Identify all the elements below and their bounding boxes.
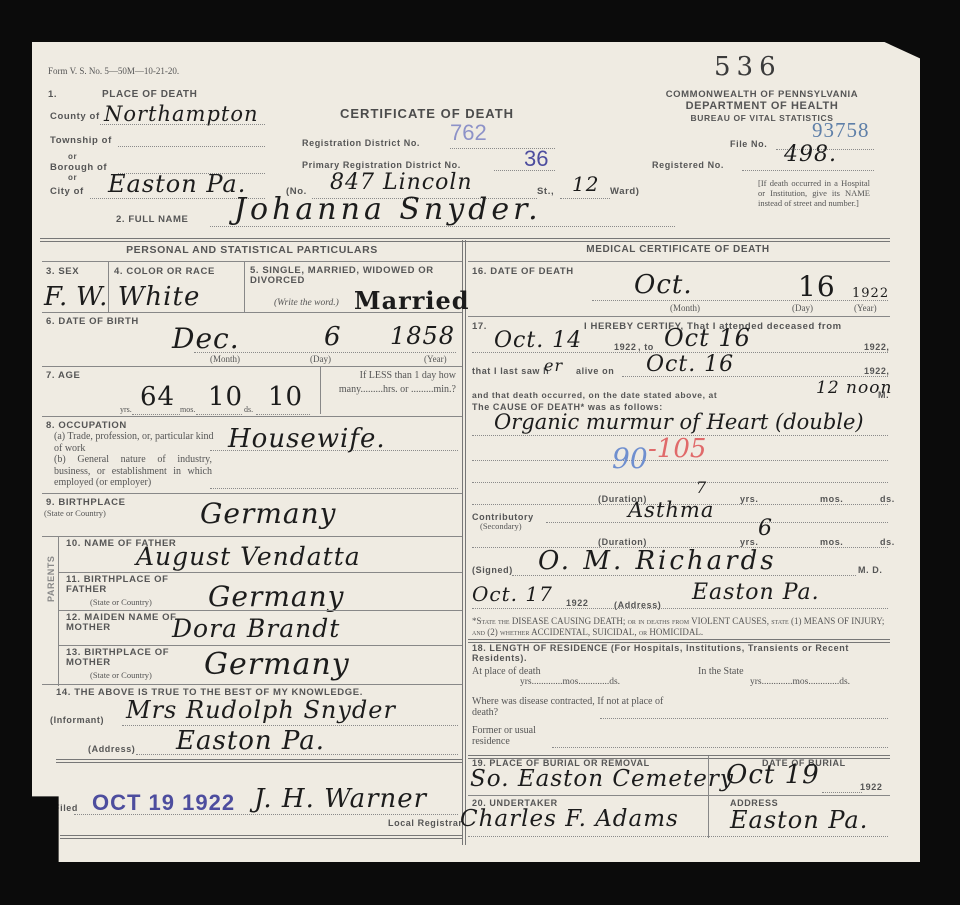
attended-to[interactable]: Oct 16 <box>664 324 751 352</box>
mother-maiden-value[interactable]: Dora Brandt <box>172 614 340 643</box>
undertaker-value[interactable]: Charles F. Adams <box>460 806 679 832</box>
occupation-label: 8. OCCUPATION <box>46 420 127 431</box>
burial-date-value[interactable]: Oct 19 <box>726 760 820 790</box>
mother-maiden-label: 12. MAIDEN NAME OF MOTHER <box>66 613 181 633</box>
dod-day[interactable]: 16 <box>798 270 836 303</box>
physician-signature[interactable]: O. M. Richards <box>538 546 777 576</box>
dod-month[interactable]: Oct. <box>634 270 693 300</box>
dob-day[interactable]: 6 <box>324 322 342 352</box>
undertaker-address-value[interactable]: Easton Pa. <box>730 806 868 834</box>
age-years[interactable]: 64 <box>140 382 175 412</box>
city-value[interactable]: Easton Pa. <box>108 170 246 198</box>
registration-district-value[interactable]: 762 <box>450 120 487 146</box>
less-than-day-note: If LESS than 1 day how many.........hrs.… <box>326 369 456 397</box>
certificate-title: CERTIFICATE OF DEATH <box>340 106 514 121</box>
duration-years[interactable]: 7 <box>696 478 707 497</box>
registered-no-label: Registered No. <box>652 160 724 170</box>
column-divider <box>462 240 466 845</box>
dod-label: 16. DATE OF DEATH <box>472 266 574 277</box>
death-certificate: Form V. S. No. 5—50M—10-21-20. 1. PLACE … <box>32 42 920 862</box>
occupation-b-label: (b) General nature of industry, business… <box>54 454 212 489</box>
ward-value[interactable]: 12 <box>572 172 599 196</box>
father-birthplace-label: 11. BIRTHPLACE OF FATHER <box>66 575 171 595</box>
birthplace-value[interactable]: Germany <box>200 497 336 530</box>
hospital-note: [If death occurred in a Hospital or Inst… <box>758 178 870 208</box>
burial-place-value[interactable]: So. Easton Cemetery <box>470 766 734 792</box>
mother-birthplace-value[interactable]: Germany <box>204 647 350 682</box>
primary-district-label: Primary Registration District No. <box>302 160 461 170</box>
agency-line-2: DEPARTMENT OF HEALTH <box>642 100 882 112</box>
dob-label: 6. DATE OF BIRTH <box>46 316 139 327</box>
registrar-signature[interactable]: J. H. Warner <box>254 784 427 814</box>
parents-side-label: PARENTS <box>46 555 56 602</box>
contributory-value[interactable]: Asthma <box>628 498 714 522</box>
color-label: 4. COLOR OR RACE <box>114 266 215 277</box>
file-no-label: File No. <box>730 139 767 149</box>
medical-heading: MEDICAL CERTIFICATE OF DEATH <box>468 244 888 255</box>
code-red: -105 <box>648 434 706 464</box>
contributory-months[interactable]: 6 <box>758 516 773 541</box>
filed-date-stamp[interactable]: OCT 19 1922 <box>92 790 235 816</box>
informant-value[interactable]: Mrs Rudolph Snyder <box>126 696 396 724</box>
last-saw-pronoun[interactable]: er <box>544 356 563 375</box>
full-name-value[interactable]: Johanna Snyder. <box>234 192 542 227</box>
birthplace-label: 9. BIRTHPLACE <box>46 497 126 508</box>
dob-year[interactable]: 1858 <box>390 322 455 350</box>
form-number: Form V. S. No. 5—50M—10-21-20. <box>48 66 179 76</box>
county-value[interactable]: Northampton <box>104 102 259 126</box>
sex-value[interactable]: F. <box>44 282 68 312</box>
father-birthplace-value[interactable]: Germany <box>208 580 344 613</box>
color-value[interactable]: W. White <box>76 282 200 312</box>
marital-label: 5. SINGLE, MARRIED, WIDOWED OR DIVORCED <box>250 266 460 286</box>
dob-month[interactable]: Dec. <box>172 322 240 355</box>
borough-label: Borough of <box>50 162 107 173</box>
registered-no-value[interactable]: 498. <box>784 142 837 167</box>
father-name-value[interactable]: August Vendatta <box>136 542 361 571</box>
sex-label: 3. SEX <box>46 266 79 277</box>
county-label: County of <box>50 111 100 122</box>
city-label: City of <box>50 186 84 197</box>
physician-address[interactable]: Easton Pa. <box>692 580 820 605</box>
primary-district-value[interactable]: 36 <box>524 146 548 172</box>
township-label: Township of <box>50 135 112 146</box>
file-number-stamp[interactable]: 93758 <box>812 118 870 143</box>
marital-hint: (Write the word.) <box>274 298 339 308</box>
last-saw-date[interactable]: Oct. 16 <box>646 352 734 377</box>
attended-from[interactable]: Oct. 14 <box>494 328 582 353</box>
cause-footnote: *State the DISEASE CAUSING DEATH; or in … <box>472 616 890 638</box>
age-days[interactable]: 10 <box>268 382 303 412</box>
cause-of-death[interactable]: Organic murmur of Heart (double) <box>494 410 864 434</box>
dod-year[interactable]: 1922 <box>852 286 889 301</box>
age-label: 7. AGE <box>46 370 80 381</box>
occupation-value[interactable]: Housewife. <box>228 424 386 454</box>
informant-address[interactable]: Easton Pa. <box>176 726 325 756</box>
personal-heading: PERSONAL AND STATISTICAL PARTICULARS <box>42 244 462 256</box>
signed-date[interactable]: Oct. 17 <box>472 582 553 606</box>
full-name-label: 2. FULL NAME <box>116 214 188 225</box>
mother-birthplace-label: 13. BIRTHPLACE OF MOTHER <box>66 648 171 668</box>
age-months[interactable]: 10 <box>208 382 243 412</box>
code-blue: 90 <box>612 442 648 475</box>
registration-district-label: Registration District No. <box>302 138 420 148</box>
section-1-number: 1. <box>48 89 57 100</box>
marital-value[interactable]: Married <box>354 286 470 315</box>
handwritten-number: 536 <box>714 52 782 82</box>
occupation-a-label: (a) Trade, profession, or, particular ki… <box>54 431 214 454</box>
place-of-death-heading: PLACE OF DEATH <box>102 89 197 100</box>
agency-line-1: COMMONWEALTH OF PENNSYLVANIA <box>642 89 882 100</box>
residence-label: 18. LENGTH OF RESIDENCE (For Hospitals, … <box>472 643 890 663</box>
